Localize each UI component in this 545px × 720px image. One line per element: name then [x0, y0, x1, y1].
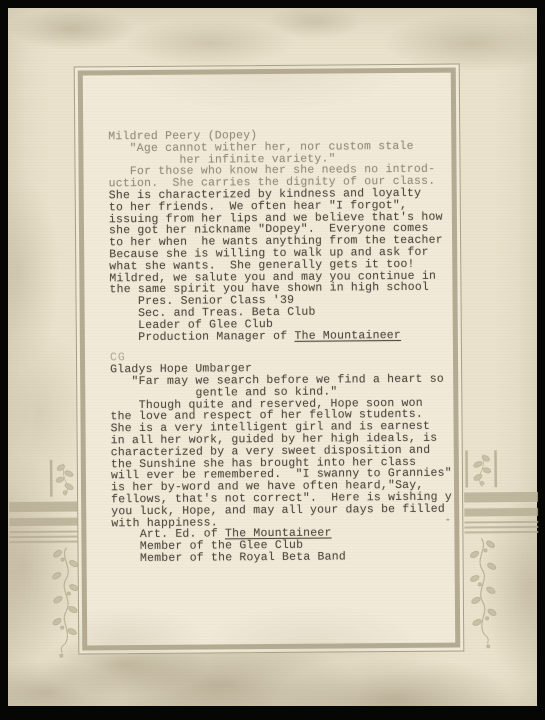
floral-border-left — [9, 459, 85, 660]
floral-border-right — [464, 450, 540, 651]
typed-line: Member of the Royal Beta Band — [112, 550, 453, 564]
profile-mildred-peery: Mildred Peery (Dopey) "Age cannot wither… — [108, 129, 451, 344]
scan-background: Mildred Peery (Dopey) "Age cannot wither… — [0, 0, 545, 720]
ink-speck — [446, 519, 449, 521]
typed-line: uction. She carries the dignity of our c… — [109, 176, 450, 190]
profile-gladys-umbarger: CG Gladys Hope Umbarger "Far may we sear… — [110, 350, 453, 565]
decorative-frame: Mildred Peery (Dopey) "Age cannot wither… — [74, 64, 465, 655]
album-page: Mildred Peery (Dopey) "Age cannot wither… — [8, 8, 537, 706]
typed-line: Production Manager of The Mountaineer — [110, 329, 451, 343]
tilted-scan-content: Mildred Peery (Dopey) "Age cannot wither… — [5, 6, 539, 708]
typed-text: Mildred Peery (Dopey) "Age cannot wither… — [108, 129, 452, 565]
